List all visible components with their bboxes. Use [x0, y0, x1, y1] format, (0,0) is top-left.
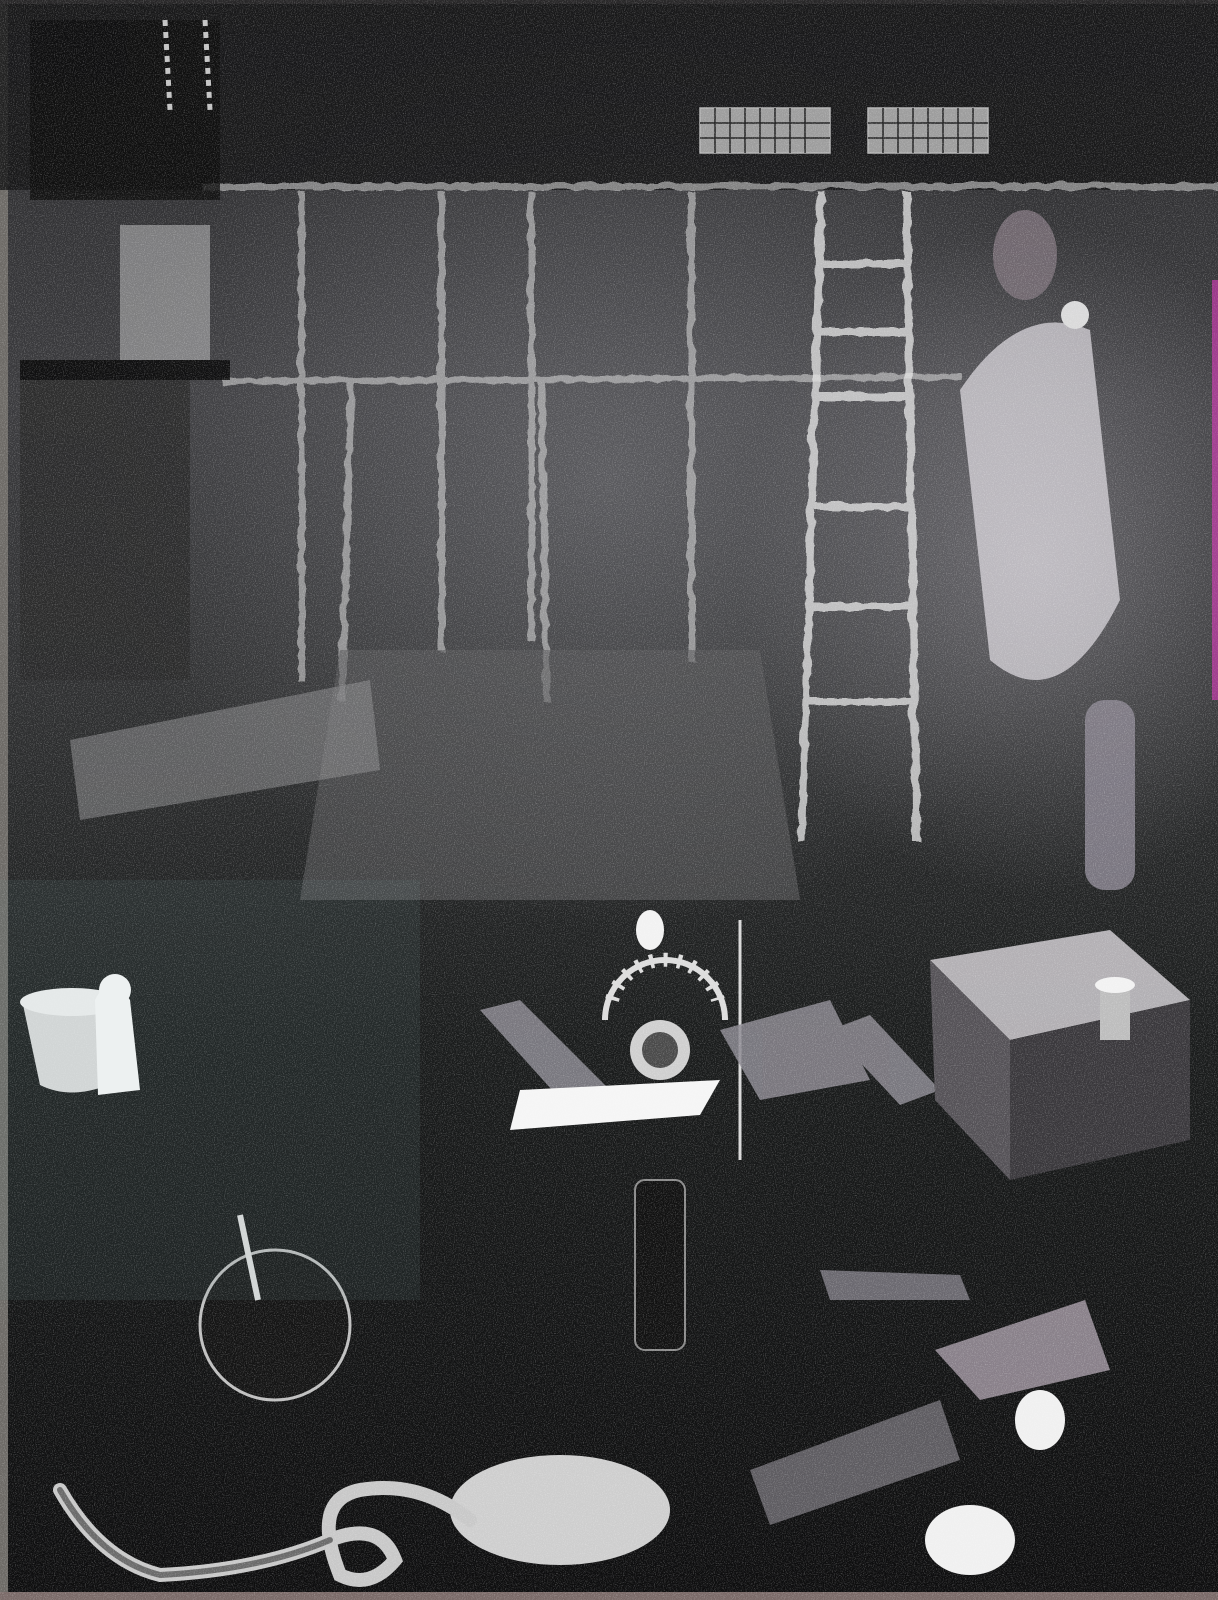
painting-artwork [0, 0, 1218, 1600]
paint-splatters [0, 0, 1218, 1600]
painting-canvas: Dark monochrome textured painting of a c… [0, 0, 1218, 1600]
